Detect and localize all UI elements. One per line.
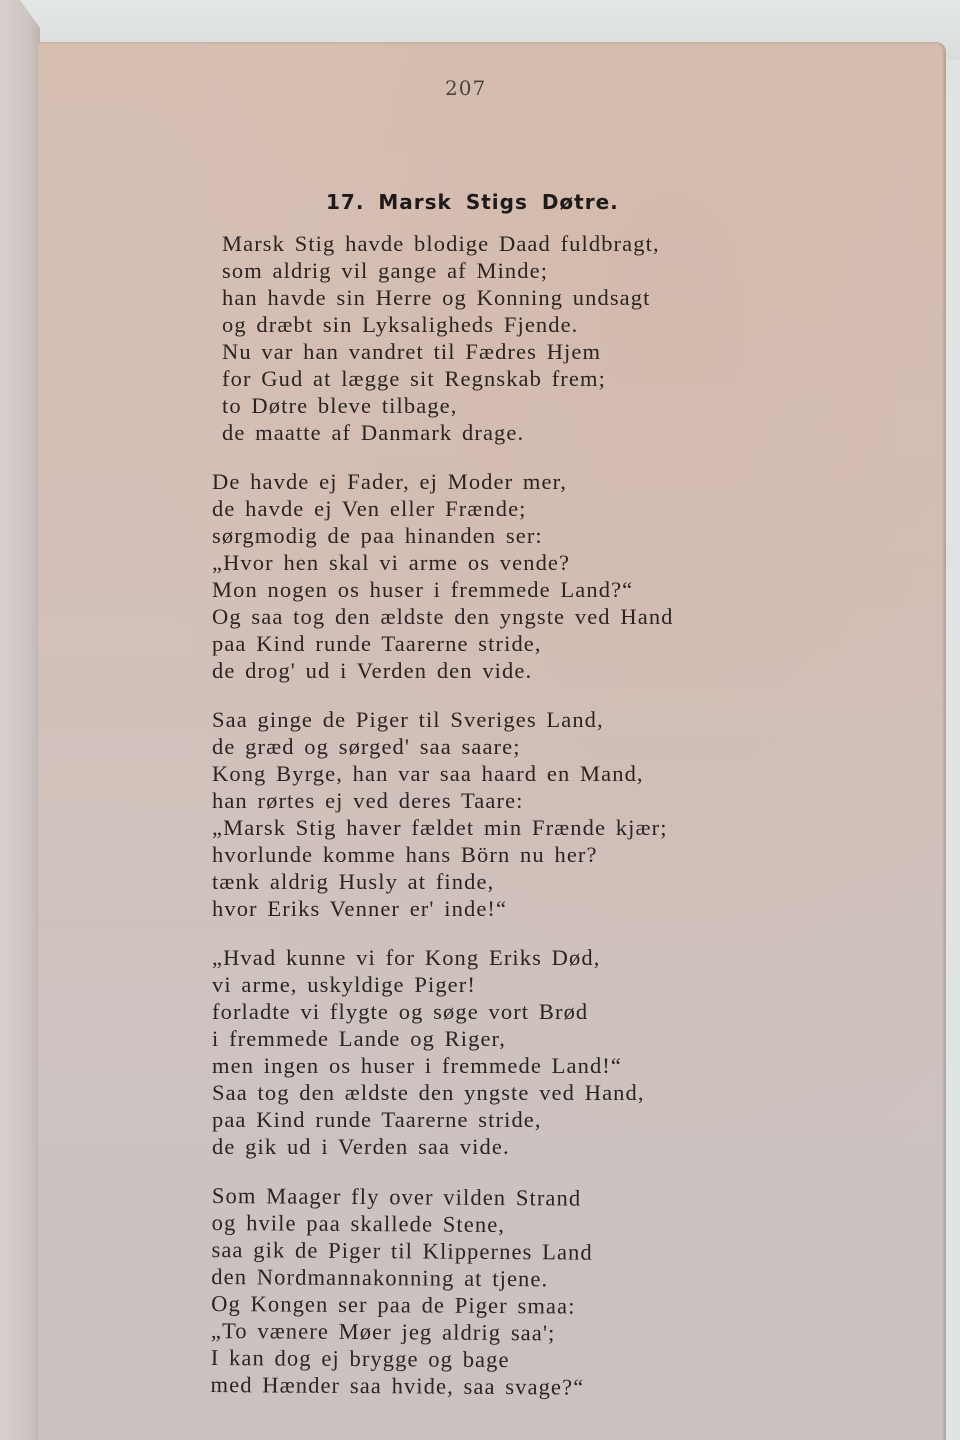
- verse-line: „Hvad kunne vi for Kong Eriks Død,: [212, 944, 772, 971]
- verse-line: paa Kind runde Taarerne stride,: [212, 630, 772, 657]
- verse-line: og dræbt sin Lyksaligheds Fjende.: [222, 311, 782, 338]
- stanza-5: Som Maager fly over vilden Strand og hvi…: [210, 1182, 771, 1402]
- verse-line: han rørtes ej ved deres Taare:: [212, 787, 772, 814]
- verse-line: de maatte af Danmark drage.: [222, 419, 782, 446]
- verse-line: for Gud at lægge sit Regnskab frem;: [222, 365, 782, 392]
- verse-line: saa gik de Piger til Klippernes Land: [211, 1236, 771, 1267]
- stanza-4: „Hvad kunne vi for Kong Eriks Død, vi ar…: [212, 944, 772, 1160]
- verse-line: „Marsk Stig haver fældet min Frænde kjær…: [212, 814, 772, 841]
- verse-line: Og saa tog den ældste den yngste ved Han…: [212, 603, 772, 630]
- verse-line: de græd og sørged' saa saare;: [212, 733, 772, 760]
- verse-line: sørgmodig de paa hinanden ser:: [212, 522, 772, 549]
- verse-line: Saa tog den ældste den yngste ved Hand,: [212, 1079, 772, 1106]
- verse-line: med Hænder saa hvide, saa svage?“: [210, 1371, 770, 1402]
- verse-line: vi arme, uskyldige Piger!: [212, 971, 772, 998]
- verse-line: „To vænere Møer jeg aldrig saa';: [211, 1317, 771, 1348]
- verse-line: I kan dog ej brygge og bage: [211, 1344, 771, 1375]
- verse-line: men ingen os huser i fremmede Land!“: [212, 1052, 772, 1079]
- verse-line: hvorlunde komme hans Börn nu her?: [212, 841, 772, 868]
- verse-line: Kong Byrge, han var saa haard en Mand,: [212, 760, 772, 787]
- verse-line: Saa ginge de Piger til Sveriges Land,: [212, 706, 772, 733]
- verse-line: de gik ud i Verden saa vide.: [212, 1133, 772, 1160]
- stanza-2: De havde ej Fader, ej Moder mer, de havd…: [212, 468, 772, 684]
- stanza-1: Marsk Stig havde blodige Daad fuldbragt,…: [212, 230, 772, 446]
- verse-line: tænk aldrig Husly at finde,: [212, 868, 772, 895]
- verse-line: to Døtre bleve tilbage,: [222, 392, 782, 419]
- verse-line: Mon nogen os huser i fremmede Land?“: [212, 576, 772, 603]
- verse-line: de havde ej Ven eller Frænde;: [212, 495, 772, 522]
- verse-line: De havde ej Fader, ej Moder mer,: [212, 468, 772, 495]
- facing-page-edge: [0, 0, 40, 1440]
- verse-line: „Hvor hen skal vi arme os vende?: [212, 549, 772, 576]
- verse-line: forladte vi flygte og søge vort Brød: [212, 998, 772, 1025]
- verse-line: og hvile paa skallede Stene,: [212, 1209, 772, 1240]
- verse-line: Nu var han vandret til Fædres Hjem: [222, 338, 782, 365]
- poem-title: 17. Marsk Stigs Døtre.: [326, 190, 619, 214]
- verse-line: i fremmede Lande og Riger,: [212, 1025, 772, 1052]
- verse-line: den Nordmannakonning at tjene.: [211, 1263, 771, 1294]
- stanza-3: Saa ginge de Piger til Sveriges Land, de…: [212, 706, 772, 922]
- poem-body: Marsk Stig havde blodige Daad fuldbragt,…: [212, 230, 772, 1420]
- page-number: 207: [445, 76, 486, 100]
- verse-line: han havde sin Herre og Konning undsagt: [222, 284, 782, 311]
- verse-line: hvor Eriks Venner er' inde!“: [212, 895, 772, 922]
- verse-line: som aldrig vil gange af Minde;: [222, 257, 782, 284]
- verse-line: Og Kongen ser paa de Piger smaa:: [211, 1290, 771, 1321]
- verse-line: paa Kind runde Taarerne stride,: [212, 1106, 772, 1133]
- verse-line: Marsk Stig havde blodige Daad fuldbragt,: [222, 230, 782, 257]
- verse-line: de drog' ud i Verden den vide.: [212, 657, 772, 684]
- verse-line: Som Maager fly over vilden Strand: [212, 1182, 772, 1213]
